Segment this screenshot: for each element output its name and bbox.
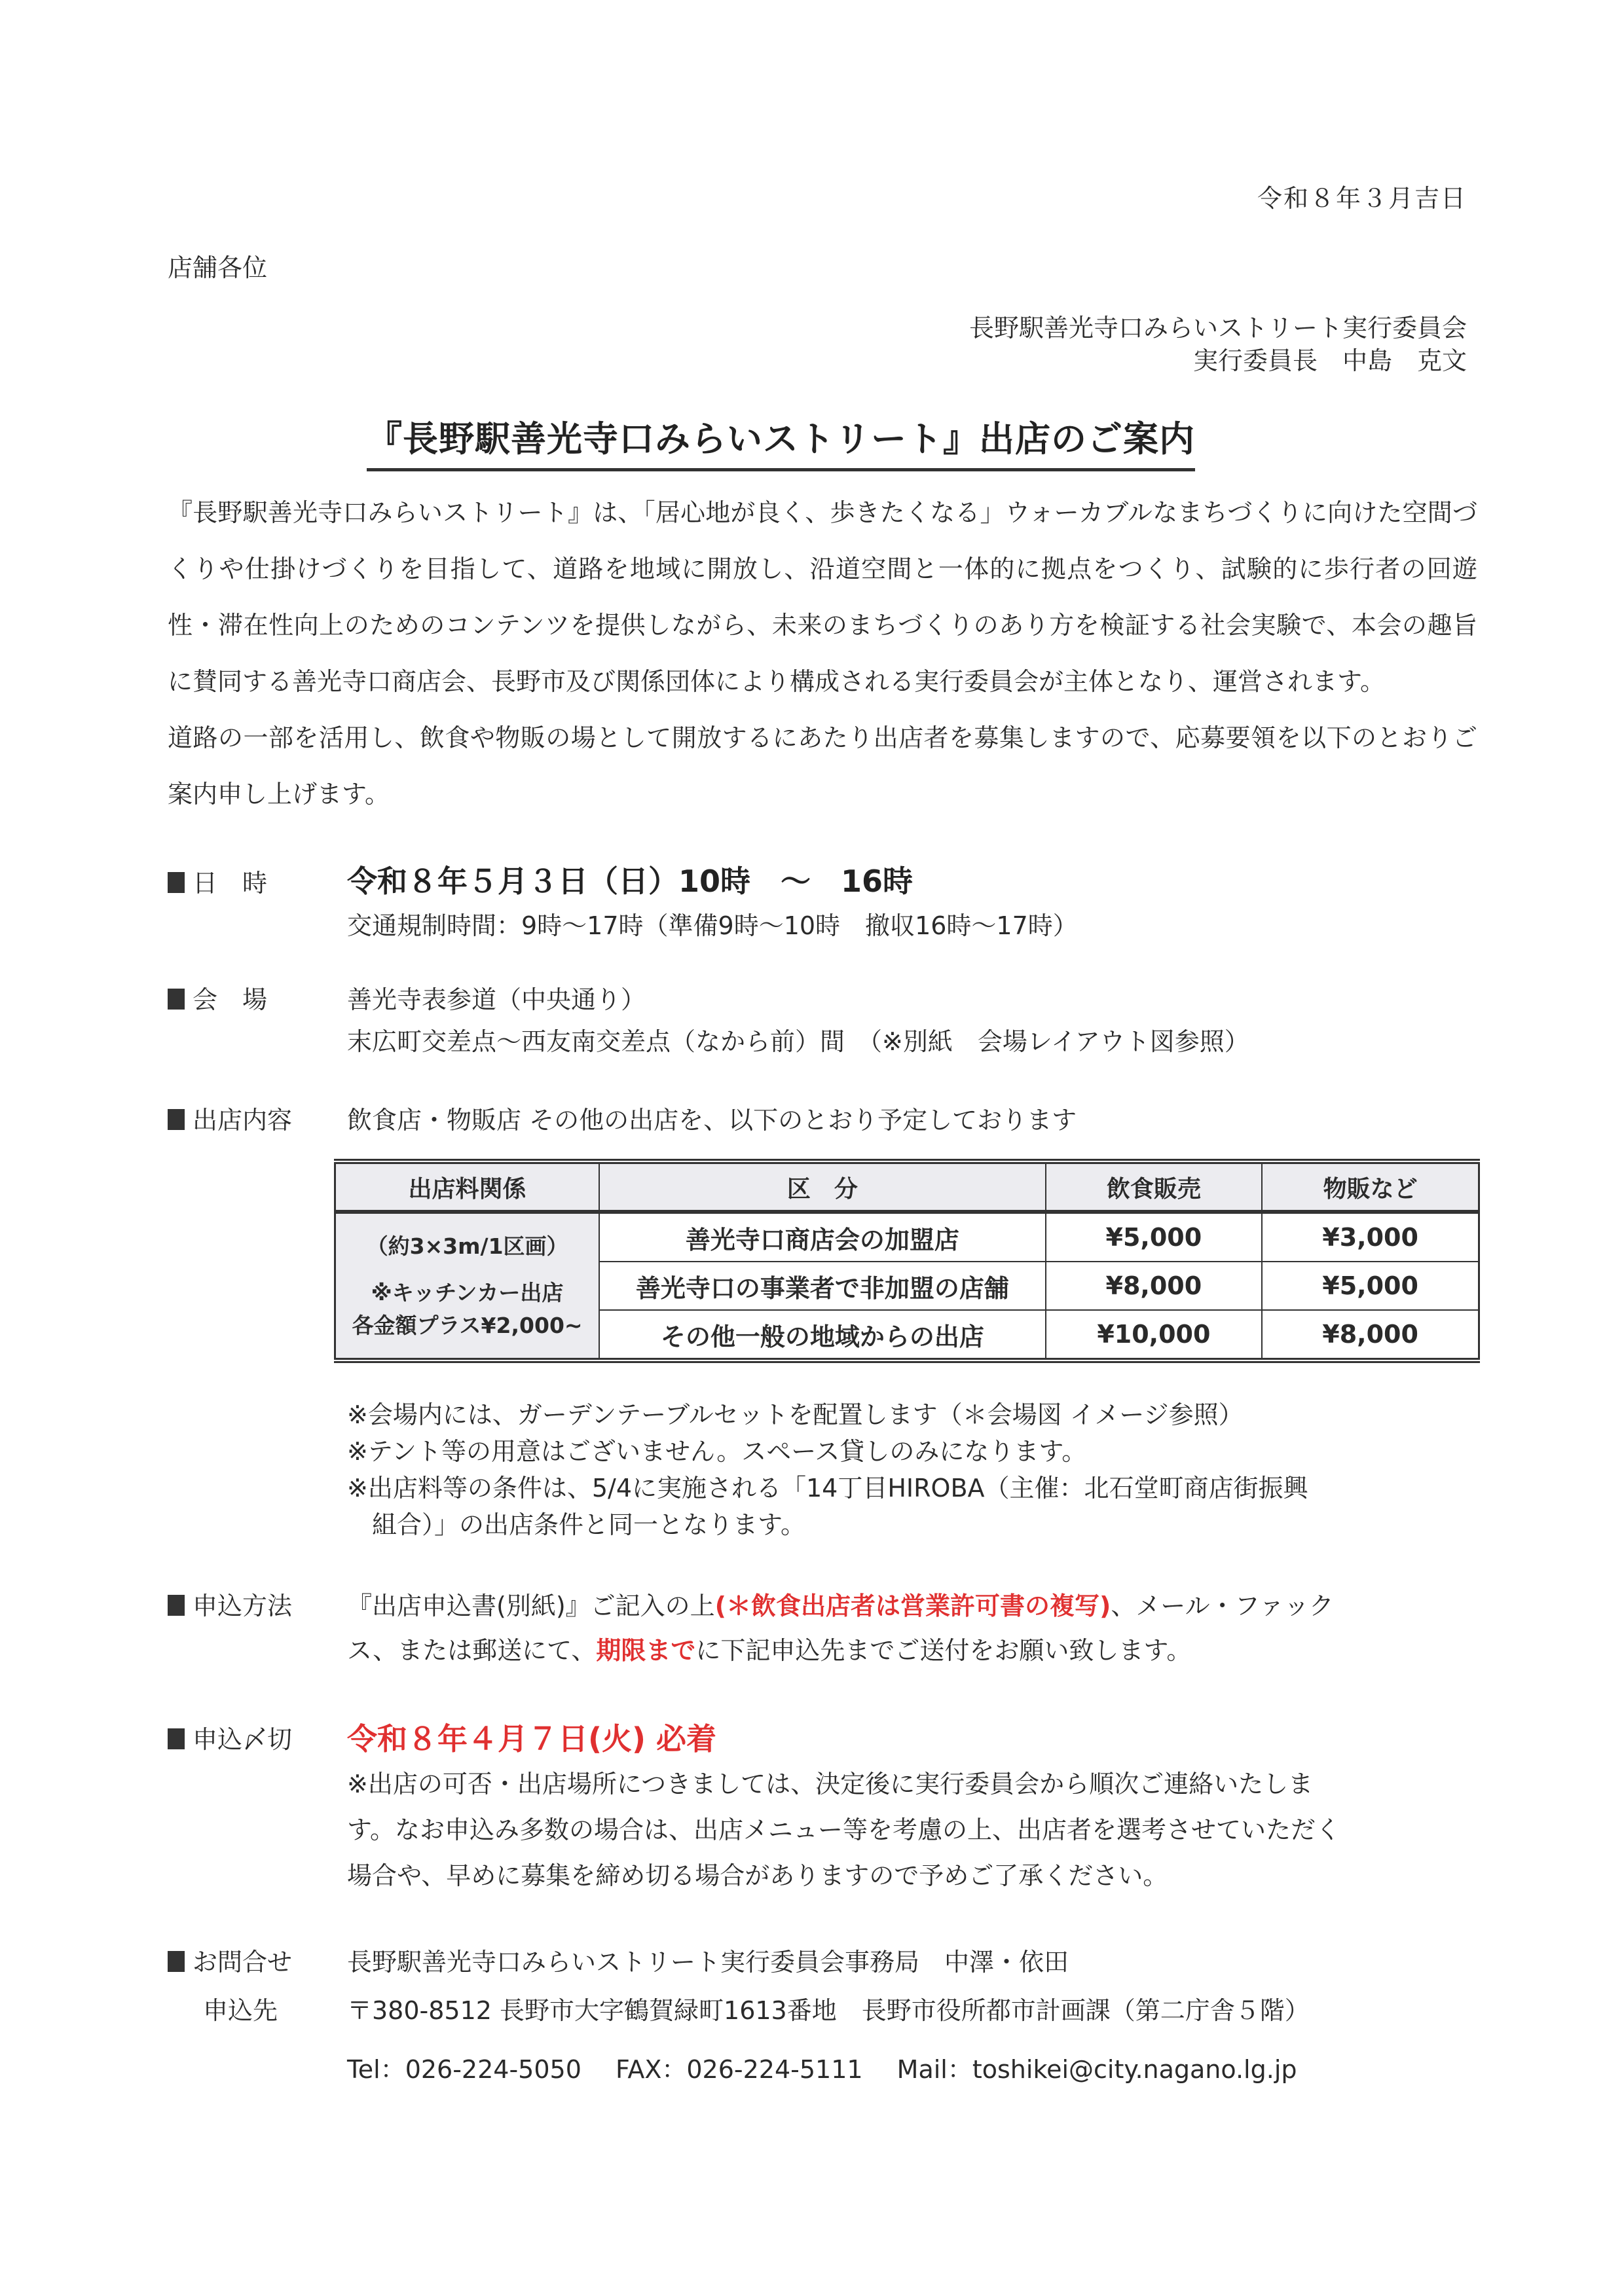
deadline-note-3: 場合や、早めに募集を締め切る場合がありますので予めご了承ください。 bbox=[347, 1855, 1168, 1891]
deadline-label: 申込〆切 bbox=[168, 1719, 292, 1755]
content-text: 飲食店・物販店 その他の出店を、以下のとおり予定しております bbox=[347, 1100, 1077, 1136]
header-category: 区 分 bbox=[599, 1161, 1045, 1212]
header-goods: 物販など bbox=[1262, 1161, 1479, 1212]
traffic-control-time: 交通規制時間：9時～17時（準備9時～10時 撤収16時～17時） bbox=[347, 905, 1078, 941]
category-cell: 善光寺口商店会の加盟店 bbox=[599, 1212, 1045, 1262]
food-price-cell: ¥5,000 bbox=[1046, 1212, 1263, 1262]
goods-price-cell: ¥5,000 bbox=[1262, 1262, 1479, 1310]
square-bullet-icon bbox=[168, 1595, 185, 1616]
intro-text: 『長野駅善光寺口みらいストリート』は、「居心地が良く、歩きたくなる」ウォーカブル… bbox=[168, 484, 1477, 822]
note-line: ※出店料等の条件は、5/4に実施される「14丁目HIROBA（主催：北石堂町商店… bbox=[347, 1468, 1308, 1504]
deadline-note-2: す。なお申込み多数の場合は、出店メニュー等を考慮の上、出店者を選考させていただく bbox=[347, 1810, 1340, 1846]
deadline-note-1: ※出店の可否・出店場所につきましては、決定後に実行委員会から順次ご連絡いたしま bbox=[347, 1764, 1313, 1800]
sender-organization: 長野駅善光寺口みらいストリート実行委員会 bbox=[969, 308, 1467, 344]
contact-label: お問合せ bbox=[168, 1942, 292, 1978]
contact-tel: Tel：026-224-5050 bbox=[347, 2055, 581, 2084]
event-datetime: 令和８年５月３日（日）10時 ～ 16時 bbox=[347, 858, 913, 901]
square-bullet-icon bbox=[168, 989, 185, 1010]
food-price-cell: ¥10,000 bbox=[1046, 1310, 1263, 1360]
goods-price-cell: ¥3,000 bbox=[1262, 1212, 1479, 1262]
intro-paragraph-1: 『長野駅善光寺口みらいストリート』は、「居心地が良く、歩きたくなる」ウォーカブル… bbox=[168, 484, 1477, 710]
intro-paragraph-2: 道路の一部を活用し、飲食や物販の場として開放するにあたり出店者を募集しますので、… bbox=[168, 710, 1477, 822]
document-title: 『長野駅善光寺口みらいストリート』出店のご案内 bbox=[367, 411, 1195, 471]
note-line: ※会場内には、ガーデンテーブルセットを配置します（＊会場図 イメージ参照） bbox=[347, 1394, 1244, 1430]
contact-email[interactable]: Mail：toshikei@city.nagano.lg.jp bbox=[897, 2055, 1297, 2084]
contact-organization: 長野駅善光寺口みらいストリート実行委員会事務局 中澤・依田 bbox=[347, 1942, 1069, 1978]
note-line: 組合）」の出店条件と同一となります。 bbox=[347, 1504, 805, 1540]
square-bullet-icon bbox=[168, 1109, 185, 1130]
apply-method-line-2: ス、または郵送にて、期限までに下記申込先までご送付をお願い致します。 bbox=[347, 1630, 1191, 1666]
venue-label: 会 場 bbox=[168, 979, 267, 1015]
business-permit-note: (＊飲食出店者は営業許可書の複写) bbox=[715, 1592, 1111, 1620]
content-label: 出店内容 bbox=[168, 1100, 292, 1136]
category-cell: その他一般の地域からの出店 bbox=[599, 1310, 1045, 1360]
fee-table: 出店料関係 区 分 飲食販売 物販など （約3×3m/1区画） ※キッチンカー出… bbox=[334, 1159, 1480, 1363]
header-food: 飲食販売 bbox=[1046, 1161, 1263, 1212]
venue-line-1: 善光寺表参道（中央通り） bbox=[347, 979, 646, 1015]
fee-side-note: （約3×3m/1区画） ※キッチンカー出店 各金額プラス¥2,000~ bbox=[335, 1212, 600, 1360]
square-bullet-icon bbox=[168, 872, 185, 893]
deadline-date: 令和８年４月７日(火) 必着 bbox=[347, 1715, 716, 1758]
contact-channels: Tel：026-224-5050 FAX：026-224-5111 Mail：t… bbox=[347, 2049, 1297, 2085]
apply-method-line-1: 『出店申込書(別紙)』ご記入の上(＊飲食出店者は営業許可書の複写)、メール・ファ… bbox=[347, 1586, 1334, 1622]
goods-price-cell: ¥8,000 bbox=[1262, 1310, 1479, 1360]
category-cell: 善光寺口の事業者で非加盟の店舗 bbox=[599, 1262, 1045, 1310]
header-fee: 出店料関係 bbox=[335, 1161, 600, 1212]
table-row: （約3×3m/1区画） ※キッチンカー出店 各金額プラス¥2,000~ 善光寺口… bbox=[335, 1212, 1479, 1262]
contact-address: 〒380-8512 長野市大字鶴賀緑町1613番地 長野市役所都市計画課（第二庁… bbox=[347, 1990, 1310, 2026]
deadline-emphasis: 期限まで bbox=[596, 1636, 695, 1665]
square-bullet-icon bbox=[168, 1951, 185, 1972]
datetime-label: 日 時 bbox=[168, 863, 267, 899]
document-date: 令和８年３月吉日 bbox=[1257, 178, 1467, 214]
apply-method-label: 申込方法 bbox=[168, 1586, 292, 1622]
venue-line-2: 末広町交差点～西友南交差点（なから前）間 （※別紙 会場レイアウト図参照） bbox=[347, 1021, 1249, 1057]
food-price-cell: ¥8,000 bbox=[1046, 1262, 1263, 1310]
sender-name: 実行委員長 中島 克文 bbox=[1193, 340, 1467, 376]
fee-table-header: 出店料関係 区 分 飲食販売 物販など bbox=[335, 1161, 1479, 1212]
addressee: 店舗各位 bbox=[168, 247, 267, 283]
square-bullet-icon bbox=[168, 1728, 185, 1749]
note-line: ※テント等の用意はございません。スペース貸しのみになります。 bbox=[347, 1431, 1086, 1467]
contact-fax: FAX：026-224-5111 bbox=[616, 2055, 863, 2084]
apply-to-label: 申込先 bbox=[203, 1990, 278, 2026]
